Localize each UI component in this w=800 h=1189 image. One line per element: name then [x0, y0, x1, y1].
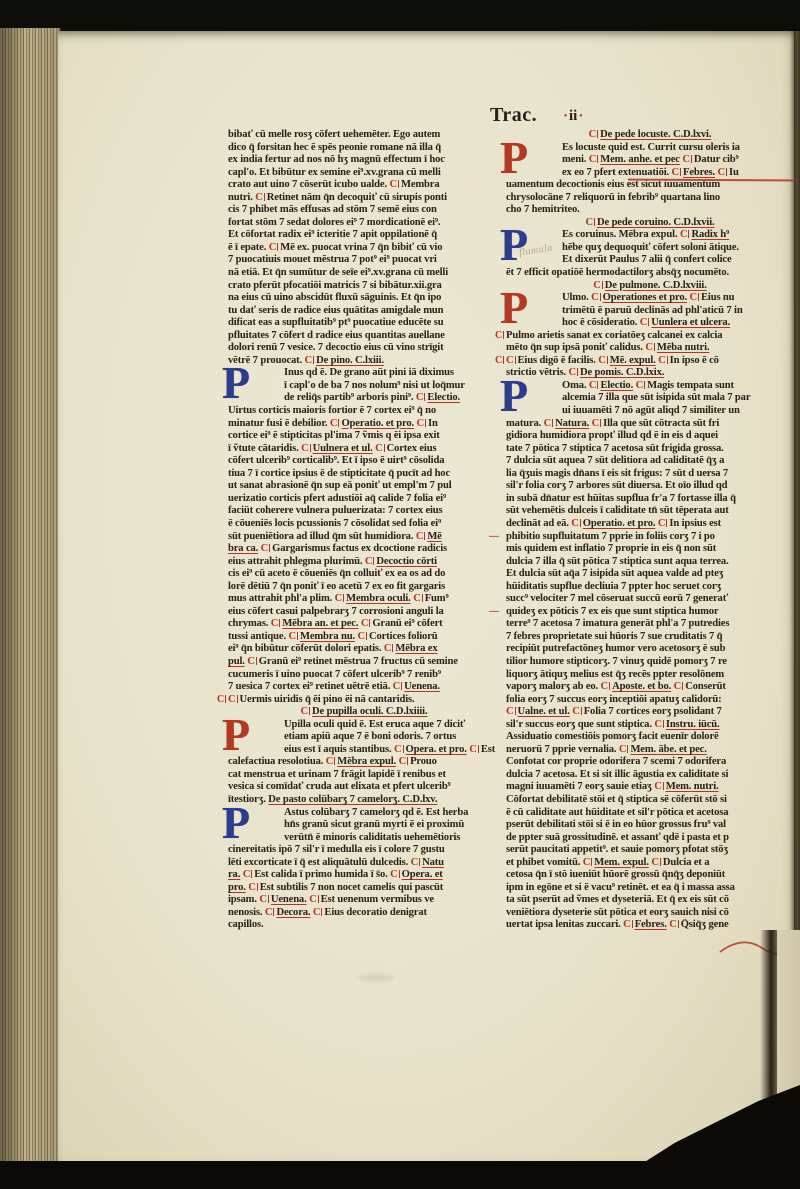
text-run: uerizatio corticis pfert adustiōi aq̄ ca…	[228, 493, 446, 504]
text-run: Cortex eius	[387, 443, 437, 454]
photo-background-top	[0, 0, 800, 33]
text-line: Ulmo. COperationes et pro. CEius nu	[506, 292, 794, 305]
pilcrow-bar	[597, 130, 598, 138]
pilcrow-bar	[580, 519, 581, 527]
text-run: ēt 7 efficit opatiōē hermodactilorʒ absq…	[506, 267, 729, 278]
text-line: na eius cū uino abscidūt fluxū sāguinis.…	[228, 292, 500, 305]
text-line: Es locuste quid est. Currit cursu oleris…	[506, 142, 794, 155]
pilcrow-bar	[680, 168, 681, 176]
text-run: ē cū caliditate aut hūiditate et sil'r p…	[506, 807, 728, 818]
text-line: calefactiua resolotiua. CMēbra expul. CP…	[228, 756, 500, 769]
text-run: Uermis uiridis q̄ ēi pino ēi nā cantarid…	[240, 694, 415, 705]
pilcrow-bar	[682, 682, 683, 690]
text-run: ē ī epate.	[228, 242, 269, 253]
text-run: Assiduatio comestiōis pomorʒ facit euenī…	[506, 731, 719, 742]
text-run: Uunlera et ulcera.	[651, 317, 730, 328]
text-line: ē ī epate. CMē ex. puocat vrina 7 q̄n bi…	[228, 242, 500, 255]
text-line: eius attrahit phlegma plurimū. CDecoctio…	[228, 556, 500, 569]
text-run: Eius decoratio denigrat	[324, 907, 426, 918]
text-line: folia eorʒ 7 succus eorʒ inceptiōi apatu…	[506, 694, 794, 707]
pilcrow-bar	[663, 720, 664, 728]
text-run: 7 puocatiuis mouet mēstrua 7 pot⁹ ei⁹ pu…	[228, 254, 437, 265]
text-run: In ipso ē cō	[670, 355, 719, 366]
text-run: Est subtilis 7 non nocet camelis qui pas…	[260, 882, 443, 893]
pilcrow-mark: C	[568, 367, 576, 378]
text-run: Magis tempata sunt	[647, 380, 734, 391]
pilcrow-bar	[691, 155, 692, 163]
text-run: Es locuste quid est. Currit cursu oleris…	[562, 142, 740, 153]
text-run: cat menstrua et urinam 7 frāgit lapidē ī…	[228, 769, 446, 780]
pilcrow-mark: C	[586, 217, 594, 228]
pilcrow-mark: C	[389, 179, 397, 190]
running-title: Trac.	[490, 104, 537, 127]
pilcrow-mark: C	[243, 869, 251, 880]
text-run: capl'o. Et bibūtur ex semine ei⁹.xv.gran…	[228, 167, 441, 178]
pilcrow-mark: C	[335, 593, 343, 604]
text-run: in subā dn̄atur est hūitas supflua fr'a …	[506, 493, 736, 504]
text-line: Cōfortat debilitatē stōi et q̄ stiptica …	[506, 794, 794, 807]
text-run: Gargarismus factus ex dcoctione radicis	[272, 543, 447, 554]
text-run: tilior humore stipticorʒ. 7 vinuʒ quidē …	[506, 656, 727, 667]
pilcrow-mark: C	[589, 380, 597, 391]
text-run: nā etiā. Et q̄n sumūtur de seīe ei⁹.xv.g…	[228, 267, 448, 278]
text-line: nā etiā. Et q̄n sumūtur de seīe ei⁹.xv.g…	[228, 267, 500, 280]
pilcrow-mark: C	[623, 919, 631, 930]
pilcrow-bar	[552, 419, 553, 427]
text-line: 7 puocatiuis mouet mēstrua 7 pot⁹ ei⁹ pu…	[228, 254, 500, 267]
text-line: vētrē 7 prouocat. CDe pino. C.lxiii.	[228, 355, 500, 368]
text-run: Et dixerūt Paulus 7 alii q̄ confert coli…	[562, 254, 732, 265]
text-line: dulcia 7 illa q̄ sūt pōtica 7 stiptica s…	[506, 556, 794, 569]
pilcrow-mark: C	[591, 292, 599, 303]
text-line: de reliq̄s partib⁹ arboris pini⁹. CElect…	[228, 392, 500, 405]
text-run: Natu	[422, 857, 444, 868]
text-run: sūt vehemētis dulceis ī caliditate tn̄ s…	[506, 505, 729, 516]
text-run: crato aut uino 7 cōserūt icubo ualde.	[228, 179, 389, 190]
text-run: Mēbra an. et pec.	[282, 618, 358, 629]
text-line: dico q̄ forsitan hec ē spēs peonie roman…	[228, 142, 500, 155]
text-run: mus attrahit phl'a plim.	[228, 593, 335, 604]
text-run: Mēbra expul.	[337, 756, 396, 767]
text-line: et phibet vomitū. CMem. expul. CDulcia e…	[506, 857, 794, 870]
pilcrow-mark: C	[495, 330, 502, 341]
pilcrow-bar	[373, 557, 374, 565]
text-run: hēbe quʒ dequoquiť cōfert soloni ātique.	[562, 242, 739, 253]
text-line: CUalne. et ul. CFolia 7 cortices eorʒ ps…	[506, 706, 794, 719]
text-run: tate 7 pōtica 7 stiptica 7 acetosa sūt f…	[506, 443, 724, 454]
pilcrow-bar	[425, 419, 426, 427]
pilcrow-bar	[321, 908, 322, 916]
text-line: in subā dn̄atur est hūitas supflua fr'a …	[506, 493, 794, 506]
text-line: lēti excorticate ī q̄ est aliquātulū dul…	[228, 857, 500, 870]
text-run: Ulmo.	[562, 292, 591, 303]
text-line: phibitio supfluitatum 7 pprie in foliis …	[506, 531, 794, 544]
folio-dot-left: ·	[562, 108, 569, 124]
text-line: de ppter suā grossitudinē. et assanť qdē…	[506, 832, 794, 845]
text-line: Et dixerūt Paulus 7 alii q̄ confert coli…	[506, 254, 794, 267]
pilcrow-bar	[660, 858, 661, 866]
pilcrow-bar	[648, 318, 649, 326]
folio-number: ·ii·	[562, 108, 584, 125]
text-run: Cōfortat debilitatē stōi et q̄ stiptica …	[506, 794, 727, 805]
pilcrow-mark: C	[672, 167, 680, 178]
text-run: crato pferūt pfocatiōi matricis 7 si bib…	[228, 280, 442, 291]
pilcrow-mark: C	[571, 518, 579, 529]
pilcrow-mark: C	[674, 681, 682, 692]
text-run: In ipsius est	[669, 518, 721, 529]
text-line: ipsam. CUenena. CEst uenenum vermibus ve	[228, 894, 500, 907]
text-run: 7 uesica 7 cortex ei⁹ retinet uētrē etiā…	[228, 681, 393, 692]
text-run: ē cōueniēs locis pcussionis 7 cōsolidat …	[228, 518, 441, 529]
pilcrow-bar	[268, 895, 269, 903]
pilcrow-mark: C	[601, 681, 609, 692]
text-line: ta sūt pserūt ad ṽmes et dyseteriā. Et q…	[506, 894, 794, 907]
text-run: Mē ex. puocat vrina 7 q̄n bibiť cū vio	[280, 242, 442, 253]
text-run: alcemia 7 illa que sūt isipida sūt mala …	[562, 392, 750, 403]
text-run: dulcia 7 acetosa. Et si sit illic āgusti…	[506, 769, 728, 780]
text-run: cho 7 hemitriteo.	[506, 204, 580, 215]
text-run: Est calida ī primo humida ī s̄o.	[254, 869, 390, 880]
text-run: uamentum decoctionis eius est sicut iuua…	[506, 179, 720, 190]
pilcrow-mark: C	[506, 355, 514, 366]
text-run: Instru. iūcū.	[666, 719, 720, 730]
pilcrow-mark: C	[288, 631, 296, 642]
text-run: tu dať seris de radice eius quātitas ami…	[228, 305, 443, 316]
pilcrow-bar	[627, 745, 628, 753]
text-line: recipiūt putrefactōneʒ humor vero acetos…	[506, 643, 794, 656]
pilcrow-bar	[678, 920, 679, 928]
text-line: 7 febres proprietate sui hūoris 7 sue cr…	[506, 631, 794, 644]
pilcrow-mark: C	[259, 894, 267, 905]
text-run: Febres.	[635, 919, 667, 930]
pilcrow-mark: C	[411, 857, 419, 868]
text-run: sil'r folia corʒ 7 arbores sūt diuersa. …	[506, 480, 727, 491]
text-run: 7 febres proprietate sui hūoris 7 sue cr…	[506, 631, 722, 642]
pilcrow-mark: C	[326, 756, 334, 767]
pilcrow-mark: C	[718, 167, 726, 178]
text-run: bra ca.	[228, 543, 258, 554]
text-run: Dulcia et a	[663, 857, 710, 868]
text-line: minatur fusi ē debilior. COperatio. et p…	[228, 418, 500, 431]
text-line: lorē dētiū 7 q̄n poniť ī eo acetū 7 ex e…	[228, 581, 500, 594]
text-run: Membra oculi.	[346, 593, 411, 604]
text-run: serūt paucitati appetit⁹. et sauie pomor…	[506, 844, 728, 855]
text-run: Mēbra ex	[395, 643, 437, 654]
text-line: matura. CNatura. CIlla que sūt cōtracta …	[506, 418, 794, 431]
text-line: succ⁹ velociter 7 mel cōseruat succū eor…	[506, 593, 794, 606]
illuminated-initial: P	[222, 804, 250, 842]
text-run: De pupilla oculi. C.D.lxiiii.	[312, 706, 427, 717]
text-line: lia q̄ʒuis magis dn̄ans ī eis sit frigus…	[506, 468, 794, 481]
pilcrow-bar	[644, 381, 645, 389]
text-line: hn̄s granū sicut granū myrti ē ei proxim…	[228, 819, 500, 832]
text-run: Mem. nutri.	[666, 781, 719, 792]
text-line: Astus colūbarʒ 7 camelorʒ qd ē. Est herb…	[228, 807, 500, 820]
text-line: dificat eas a supfluitatib⁹ pt⁹ puocatiu…	[228, 317, 500, 330]
text-line: Oma. CElectio. CMagis tempata sunt	[506, 380, 794, 393]
pilcrow-mark: C	[413, 593, 421, 604]
pilcrow-bar	[688, 230, 689, 238]
pilcrow-bar	[591, 858, 592, 866]
pilcrow-mark: C	[255, 192, 263, 203]
text-run: verūtn̄ ē minoris caliditatis uehemētior…	[284, 832, 460, 843]
text-line: meni. CMem. anhe. et pec CDatur cib⁹	[506, 154, 794, 167]
text-run: neruorū 7 pprie vernalia.	[506, 744, 619, 755]
pilcrow-bar	[602, 281, 603, 289]
text-run: Uulnera et ul.	[313, 443, 373, 454]
text-run: ta sūt pserūt ad ṽmes et dyseteriā. Et q…	[506, 894, 729, 905]
illuminated-initial: P	[500, 226, 528, 264]
pilcrow-bar	[264, 193, 265, 201]
text-run: Oma.	[562, 380, 589, 391]
text-line: tilior humore stipticorʒ. 7 vinuʒ quidē …	[506, 656, 794, 669]
pilcrow-mark: C	[689, 292, 697, 303]
text-line: dulcia 7 acetosa. Et si sit illic āgusti…	[506, 769, 794, 782]
text-line: eius est ī aquis stantibus. COpera. et p…	[228, 744, 500, 757]
pilcrow-mark: C	[301, 706, 309, 717]
pilcrow-mark: C	[384, 643, 392, 654]
text-run: recipiūt putrefactōneʒ humor vero acetos…	[506, 643, 725, 654]
text-line: Es coruinus. Mēbra expul. CRadix h⁹	[506, 229, 794, 242]
text-run: chrysolocāne 7 reliquorū in febrib⁹ quar…	[506, 192, 720, 203]
text-run: liquorʒ ātiquʒ melius est q̄ʒ recēs ppte…	[506, 669, 724, 680]
text-run: pro.	[228, 882, 246, 893]
text-run: De pede locuste. C.D.lxvi.	[600, 129, 711, 140]
text-line: serūt paucitati appetit⁹. et sauie pomor…	[506, 844, 794, 857]
pilcrow-bar	[366, 632, 367, 640]
text-line: uerizatio corticis pfert adustiōi aq̄ ca…	[228, 493, 500, 506]
text-run: ipsam.	[228, 894, 259, 905]
text-run: capillos.	[228, 919, 263, 930]
pilcrow-bar	[269, 544, 270, 552]
pilcrow-bar	[503, 331, 504, 339]
text-run: De pino. C.lxiii.	[316, 355, 384, 366]
pilcrow-bar	[279, 619, 280, 627]
text-run: eius cōfert casui palpebrarʒ 7 corrosion…	[228, 606, 444, 617]
text-line: hūiditatis supflue decliuia 7 ppter hoc …	[506, 581, 794, 594]
text-run: hūiditatis supflue decliuia 7 ppter hoc …	[506, 581, 721, 592]
text-run: meni.	[562, 154, 589, 165]
illuminated-initial: P	[500, 377, 528, 415]
text-run: dulcia 7 illa q̄ sūt pōtica 7 stiptica s…	[506, 556, 729, 567]
margin-pilcrow-mark: C	[495, 355, 506, 366]
pilcrow-bar	[597, 381, 598, 389]
text-line: ex india fertur ad nos nō hʒ magnū effec…	[228, 154, 500, 167]
pilcrow-bar	[419, 858, 420, 866]
pilcrow-bar	[600, 419, 601, 427]
text-line: uamentum decoctionis eius est sicut iuua…	[506, 179, 794, 192]
pilcrow-mark: C	[572, 706, 580, 717]
text-run: dico q̄ forsitan hec ē spēs peonie roman…	[228, 142, 441, 153]
text-line: ēt 7 efficit opatiōē hermodactilorʒ absq…	[506, 267, 794, 280]
pilcrow-bar	[403, 745, 404, 753]
text-run: nenosis.	[228, 907, 265, 918]
text-run: Operatio. et pro.	[341, 418, 414, 429]
text-line: ītestiorʒ. De pasto colūbarʒ 7 camelorʒ.…	[228, 794, 500, 807]
text-line: mis quidem est inflatio 7 proprie in eis…	[506, 543, 794, 556]
pilcrow-mark: C	[394, 744, 402, 755]
pilcrow-mark: C	[654, 781, 662, 792]
text-line: ī ṽtute cātaridis. CUulnera et ul. CCort…	[228, 443, 500, 456]
text-run: eius attrahit phlegma plurimū.	[228, 556, 365, 567]
text-run: mis quidem est inflatio 7 proprie in eis…	[506, 543, 716, 554]
text-run: Fum⁹	[425, 593, 449, 604]
text-line: pserūt debilitati stōi si ē in eo hūor g…	[506, 819, 794, 832]
pilcrow-mark: C	[361, 618, 369, 629]
text-run: De pasto colūbarʒ 7 camelorʒ. C.D.lxv.	[268, 794, 437, 805]
text-run: Mem. anhe. et pec	[600, 154, 680, 165]
stain	[358, 975, 394, 981]
pilcrow-mark: C	[265, 907, 273, 918]
pilcrow-bar	[407, 757, 408, 765]
text-line: gidiora humidiora propť illud qd ē in ei…	[506, 430, 794, 443]
text-line: capillos.	[228, 919, 500, 932]
pilcrow-bar	[313, 356, 314, 364]
text-run: De pomis. C.D.lxix.	[580, 367, 664, 378]
pilcrow-mark: C	[301, 443, 309, 454]
text-line: sūt vehemētis dulceis ī caliditate tn̄ s…	[506, 505, 794, 518]
pilcrow-mark: C	[228, 694, 236, 705]
margin-dash-mark: —	[489, 606, 499, 617]
text-run: sūt pueniētiora ad illud q̄m sūt humidio…	[228, 531, 416, 542]
text-line: cucumeris ī uino puocat 7 cōfert ulcerib…	[228, 669, 500, 682]
pilcrow-bar	[594, 218, 595, 226]
pilcrow-bar	[338, 419, 339, 427]
pilcrow-bar	[422, 594, 423, 602]
pilcrow-mark: C	[416, 392, 424, 403]
pilcrow-bar	[667, 356, 668, 364]
text-line: sil'r succus eorʒ que sunt stiptica. CIn…	[506, 719, 794, 732]
text-run: Febres.	[683, 167, 715, 178]
pilcrow-mark: C	[640, 317, 648, 328]
text-run: trimētū ē paruū declinās ad phl'aticū 7 …	[562, 305, 743, 316]
text-run: Granū ei⁹ cōfert	[372, 618, 442, 629]
text-run: pul.	[228, 656, 245, 667]
photographed-book-page: Trac. ·ii· bibať cū melle rosʒ cōfert ue…	[0, 0, 800, 1189]
text-line: Upilla oculi quid ē. Est eruca aque 7 di…	[228, 719, 500, 732]
pilcrow-bar	[478, 745, 479, 753]
text-line: ipm in egōne et si ē vacu⁹ retinēt. et e…	[506, 882, 794, 895]
text-run: Opera. et pro.	[406, 744, 467, 755]
text-line: eius cōfert casui palpebrarʒ 7 corrosion…	[228, 606, 500, 619]
pilcrow-bar	[401, 682, 402, 690]
text-run: pfluitates 7 cōfert d radice eius quanti…	[228, 330, 445, 341]
text-run: et phibet vomitū.	[506, 857, 583, 868]
text-line: ei⁹ q̄n bibūtur cōferūt dolori epatis. C…	[228, 643, 500, 656]
text-line: pfluitates 7 cōfert d radice eius quanti…	[228, 330, 500, 343]
text-run: folia eorʒ 7 succus eorʒ inceptiōi apatu…	[506, 694, 722, 705]
text-run: Prouo	[410, 756, 437, 767]
text-line: etiam apiū aque 7 ē boni odoris. 7 ortus	[228, 731, 500, 744]
text-run: eius est ī aquis stantibus.	[284, 744, 394, 755]
text-line: cis ei⁹ cū aceto ē cōueniēs q̄n colluiť …	[228, 568, 500, 581]
pilcrow-bar	[698, 293, 699, 301]
text-line: Et cōfortat radix ei⁹ icteritie 7 apit o…	[228, 229, 500, 242]
text-run: gidiora humidiora propť illud qd ē in ei…	[506, 430, 718, 441]
text-line: cortice ei⁹ ē stipticitas pl'ima 7 ṽmis …	[228, 430, 500, 443]
text-run: Opera. et	[402, 869, 443, 880]
pilcrow-mark: C	[393, 681, 401, 692]
text-run: Electio.	[427, 392, 460, 403]
pilcrow-mark: C	[416, 531, 424, 542]
text-run: Granū ei⁹ retinet mēstrua 7 fructus cū s…	[259, 656, 458, 667]
pilcrow-bar	[654, 343, 655, 351]
text-line: vesica si comīdať cruda aut elixata et p…	[228, 781, 500, 794]
text-run: phibitio supfluitatum 7 pprie in foliis …	[506, 531, 715, 542]
text-run: Eius digō ē facilis.	[518, 355, 599, 366]
pilcrow-bar	[251, 870, 252, 878]
pilcrow-mark: C	[309, 894, 317, 905]
text-line: cinereitatis ipō 7 sil'r ī medulla eis ī…	[228, 844, 500, 857]
pilcrow-mark: C	[357, 631, 365, 642]
pilcrow-mark: C	[313, 907, 321, 918]
text-run: ut sanat abrasionē q̄n sup eā poniť ut e…	[228, 480, 452, 491]
text-line: ex eo 7 pfert extenuatiōi. CFebres. CIu	[506, 167, 794, 180]
text-run: Mē. expul.	[610, 355, 656, 366]
margin-pilcrow-mark: C	[217, 694, 228, 705]
text-run: Uenena.	[271, 894, 307, 905]
pilcrow-bar	[398, 180, 399, 188]
pilcrow-bar	[597, 155, 598, 163]
text-line: faciūt coherere vulnera puluerizata: 7 c…	[228, 505, 500, 518]
text-line: nenosis. CDecora. CEius decoratio denigr…	[228, 907, 500, 920]
text-line: ī capl'o de ba 7 nos nolum⁹ nisi ut loq̄…	[228, 380, 500, 393]
text-run: fortat stōm 7 sedat dolores ei⁹ 7 mordic…	[228, 217, 440, 228]
text-line: bra ca. CGargarismus factus ex dcoctione…	[228, 543, 500, 556]
text-line: fortat stōm 7 sedat dolores ei⁹ 7 mordic…	[228, 217, 500, 230]
pilcrow-mark: C	[589, 154, 597, 165]
pilcrow-bar	[424, 532, 425, 540]
text-line: CEius digō ē facilis. CMē. expul. CIn ip…	[506, 355, 794, 368]
pilcrow-bar	[310, 444, 311, 452]
text-line: quideʒ ex pōticis 7 ex eis que sunt stip…	[506, 606, 794, 619]
text-line: cetosa q̄n ī stō iueniūt hūorē grossū q̄…	[506, 869, 794, 882]
text-run: Uirtus corticis maioris fortior ē 7 cort…	[228, 405, 436, 416]
text-run: Mē	[427, 531, 441, 542]
pilcrow-mark: C	[636, 380, 644, 391]
text-run: Es coruinus. Mēbra expul.	[562, 229, 680, 240]
text-run: cis ei⁹ cū aceto ē cōueniēs q̄n colluiť …	[228, 568, 445, 579]
text-line: cis 7 phibet mās effusas ad stōm 7 semē …	[228, 204, 500, 217]
text-line: strictio vētris. CDe pomis. C.D.lxix.	[506, 367, 794, 380]
pilcrow-bar	[309, 707, 310, 715]
pilcrow-bar	[257, 883, 258, 891]
text-line: vaporʒ malorʒ ab eo. CAposte. et bo. CCo…	[506, 681, 794, 694]
text-run: Retinet nām q̄n decoquiť cū sirupis pont…	[267, 192, 447, 203]
pilcrow-bar	[399, 870, 400, 878]
pilcrow-mark: C	[330, 418, 338, 429]
text-line: ra. CEst calida ī primo humida ī s̄o. CO…	[228, 869, 500, 882]
text-run: Conserūt	[685, 681, 726, 692]
text-run: declināt ad eā.	[506, 518, 571, 529]
text-line: cat menstrua et urinam 7 frāgit lapidē ī…	[228, 769, 500, 782]
text-line: Et dulcia sūt aq̄a 7 isipida sūt aquea v…	[506, 568, 794, 581]
text-run: Datur cib⁹	[694, 154, 739, 165]
pilcrow-bar	[256, 657, 257, 665]
text-line: ui iuuamēti 7 nō agūt aliqd 7 similiter …	[506, 405, 794, 418]
text-run: mēto q̄n sup ipsā poniť calidus.	[506, 342, 645, 353]
text-run: Illa que sūt cōtracta sūt fri	[603, 418, 719, 429]
text-run: Eius nu	[701, 292, 734, 303]
pilcrow-bar	[297, 632, 298, 640]
pilcrow-bar	[392, 644, 393, 652]
text-run: pserūt debilitati stōi si ē in eo hūor g…	[506, 819, 726, 830]
illuminated-initial: P	[500, 139, 528, 177]
text-line: CUermis uiridis q̄ ēi pino ēi nā cantari…	[228, 694, 500, 707]
pilcrow-mark: C	[390, 869, 398, 880]
text-run: Membra	[401, 179, 440, 190]
pilcrow-bar	[609, 682, 610, 690]
